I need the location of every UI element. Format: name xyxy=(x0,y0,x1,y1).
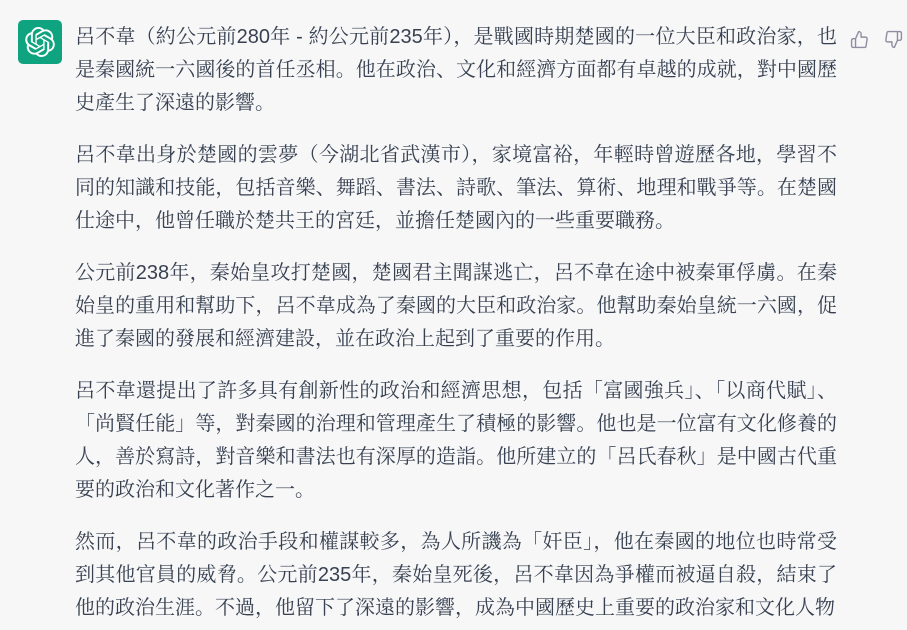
message-paragraph: 呂不韋出身於楚國的雲夢（今湖北省武漢市），家境富裕，年輕時曾遊歷各地，學習不同的… xyxy=(75,139,837,238)
openai-logo-icon xyxy=(25,27,55,57)
thumbs-up-icon xyxy=(850,30,869,49)
assistant-message: 呂不韋（約公元前280年 - 約公元前235年），是戰國時期楚國的一位大臣和政治… xyxy=(0,0,907,625)
message-content: 呂不韋（約公元前280年 - 約公元前235年），是戰國時期楚國的一位大臣和政治… xyxy=(75,20,837,625)
message-paragraph: 呂不韋（約公元前280年 - 約公元前235年），是戰國時期楚國的一位大臣和政治… xyxy=(75,21,837,120)
message-paragraph: 公元前238年，秦始皇攻打楚國，楚國君主聞謀逃亡，呂不韋在途中被秦軍俘虜。在秦始… xyxy=(75,257,837,356)
thumbs-down-icon xyxy=(884,30,903,49)
thumbs-up-button[interactable] xyxy=(850,30,869,49)
message-paragraph: 呂不韋還提出了許多具有創新性的政治和經濟思想，包括「富國強兵」、「以商代賦」、「… xyxy=(75,375,837,507)
message-paragraph: 然而，呂不韋的政治手段和權謀較多，為人所譏為「奸臣」，他在秦國的地位也時常受到其… xyxy=(75,526,837,625)
assistant-avatar xyxy=(18,20,62,64)
thumbs-down-button[interactable] xyxy=(884,30,903,49)
message-actions xyxy=(850,20,903,49)
